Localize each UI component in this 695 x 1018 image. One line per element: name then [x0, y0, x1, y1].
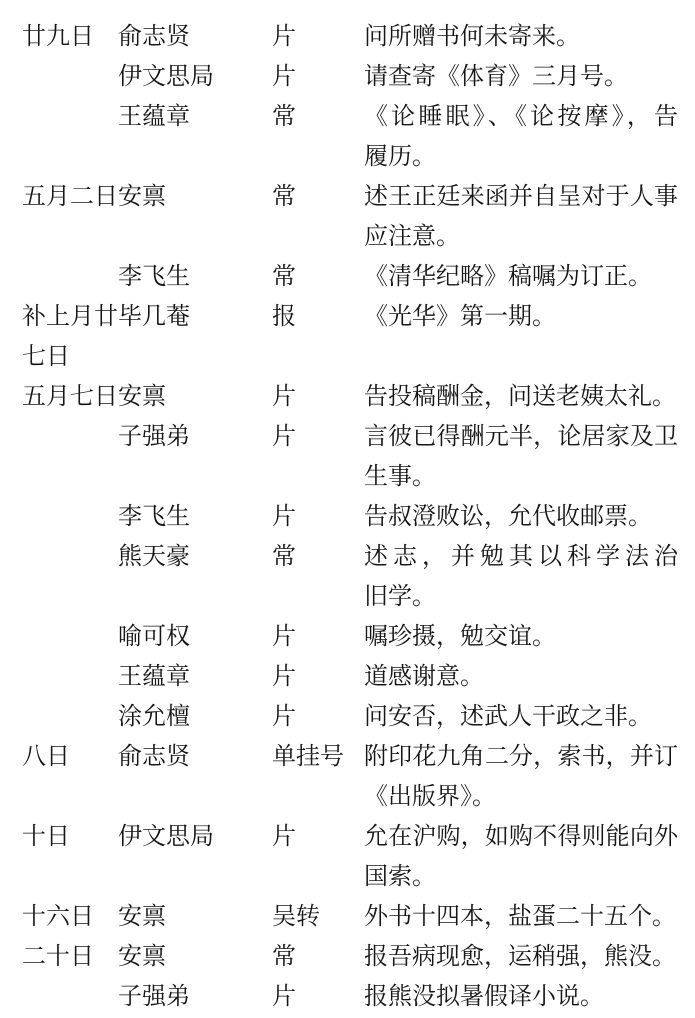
table-row: 涂允檀片问安否，述武人干政之非。 [0, 697, 678, 737]
recipient-cell: 子强弟 [118, 977, 272, 1017]
mail-type: 常 [272, 97, 364, 137]
table-row: 王蕴章片道感谢意。 [0, 657, 678, 697]
mail-type: 单挂号 [272, 737, 364, 777]
recipient-cell: 安禀 [118, 377, 272, 417]
table-row: 李飞生常《清华纪略》稿嘱为订正。 [0, 257, 678, 297]
mail-type-cell: 吴转 [272, 897, 364, 937]
recipient-cell: 涂允檀 [118, 697, 272, 737]
recipient-cell: 喻可权 [118, 617, 272, 657]
table-row: 熊天豪常述志，并勉其以科学法治旧学。 [0, 537, 678, 617]
mail-type-cell: 片 [272, 817, 364, 857]
table-row: 二十日安禀常报吾病现愈，运稍强，熊没。 [0, 937, 678, 977]
recipient-name: 俞志贤 [118, 737, 272, 777]
mail-type-cell: 片 [272, 977, 364, 1017]
table-row: 十日伊文思局片允在沪购，如购不得则能向外国索。 [0, 817, 678, 897]
description-line: 报吾病现愈，运稍强，熊没。 [364, 937, 678, 977]
mail-type: 片 [272, 817, 364, 857]
description-cell: 问所赠书何未寄来。 [364, 17, 678, 57]
description-cell: 《论睡眠》、《论按摩》，告履历。 [364, 97, 678, 177]
mail-type: 常 [272, 257, 364, 297]
mail-type-cell: 常 [272, 257, 364, 297]
description-line: 生事。 [364, 457, 678, 497]
date-cell: 补上月廿七日 [22, 297, 118, 377]
description-line: 旧学。 [364, 577, 678, 617]
table-row: 十六日安禀吴转外书十四本，盐蛋二十五个。 [0, 897, 678, 937]
recipient-cell: 安禀 [118, 177, 272, 217]
mail-type: 片 [272, 57, 364, 97]
table-row: 李飞生片告叔澄败讼，允代收邮票。 [0, 497, 678, 537]
date-line: 五月二日 [22, 177, 118, 217]
description-cell: 告叔澄败讼，允代收邮票。 [364, 497, 678, 537]
mail-type: 吴转 [272, 897, 364, 937]
description-line: 附印花九角二分，索书，并订 [364, 737, 678, 777]
description-line: 《出版界》。 [364, 777, 678, 817]
recipient-cell: 俞志贤 [118, 737, 272, 777]
recipient-cell: 毕几菴 [118, 297, 272, 337]
mail-type-cell: 片 [272, 617, 364, 657]
table-row: 八日俞志贤单挂号附印花九角二分，索书，并订《出版界》。 [0, 737, 678, 817]
recipient-name: 伊文思局 [118, 57, 272, 97]
table-row: 伊文思局片请查寄《体育》三月号。 [0, 57, 678, 97]
date-line: 七日 [22, 337, 118, 377]
mail-type: 片 [272, 657, 364, 697]
recipient-name: 安禀 [118, 377, 272, 417]
description-cell: 外书十四本，盐蛋二十五个。 [364, 897, 678, 937]
mail-type: 常 [272, 537, 364, 577]
recipient-cell: 子强弟 [118, 417, 272, 457]
date-cell: 二十日 [22, 937, 118, 977]
date-cell: 廿九日 [22, 17, 118, 57]
mail-type-cell: 片 [272, 17, 364, 57]
description-cell: 附印花九角二分，索书，并订《出版界》。 [364, 737, 678, 817]
description-cell: 《光华》第一期。 [364, 297, 678, 337]
recipient-cell: 伊文思局 [118, 817, 272, 857]
recipient-name: 熊天豪 [118, 537, 272, 577]
description-cell: 报熊没拟暑假译小说。 [364, 977, 678, 1017]
description-line: 告叔澄败讼，允代收邮票。 [364, 497, 678, 537]
mail-type-cell: 报 [272, 297, 364, 337]
description-cell: 述王正廷来函并自呈对于人事应注意。 [364, 177, 678, 257]
table-row: 子强弟片言彼已得酬元半，论居家及卫生事。 [0, 417, 678, 497]
date-cell: 十日 [22, 817, 118, 857]
mail-type: 片 [272, 497, 364, 537]
description-cell: 问安否，述武人干政之非。 [364, 697, 678, 737]
date-line: 二十日 [22, 937, 118, 977]
description-cell: 述志，并勉其以科学法治旧学。 [364, 537, 678, 617]
description-line: 《论睡眠》、《论按摩》，告 [364, 97, 678, 137]
table-row: 五月二日安禀常述王正廷来函并自呈对于人事应注意。 [0, 177, 678, 257]
description-cell: 报吾病现愈，运稍强，熊没。 [364, 937, 678, 977]
date-line: 廿九日 [22, 17, 118, 57]
recipient-cell: 王蕴章 [118, 97, 272, 137]
description-line: 告投稿酬金，问送老姨太礼。 [364, 377, 678, 417]
recipient-name: 安禀 [118, 177, 272, 217]
mail-type-cell: 片 [272, 377, 364, 417]
recipient-name: 伊文思局 [118, 817, 272, 857]
mail-type-cell: 常 [272, 537, 364, 577]
description-cell: 道感谢意。 [364, 657, 678, 697]
description-line: 问所赠书何未寄来。 [364, 17, 678, 57]
recipient-name: 子强弟 [118, 977, 272, 1017]
mail-type: 片 [272, 697, 364, 737]
description-cell: 请查寄《体育》三月号。 [364, 57, 678, 97]
recipient-name: 涂允檀 [118, 697, 272, 737]
date-line: 八日 [22, 737, 118, 777]
mail-type-cell: 片 [272, 417, 364, 457]
description-line: 《清华纪略》稿嘱为订正。 [364, 257, 678, 297]
table-row: 王蕴章常《论睡眠》、《论按摩》，告履历。 [0, 97, 678, 177]
date-line: 十六日 [22, 897, 118, 937]
mail-type: 常 [272, 177, 364, 217]
recipient-cell: 熊天豪 [118, 537, 272, 577]
date-line: 五月七日 [22, 377, 118, 417]
mail-type: 报 [272, 297, 364, 337]
recipient-name: 子强弟 [118, 417, 272, 457]
description-line: 请查寄《体育》三月号。 [364, 57, 678, 97]
description-line: 言彼已得酬元半，论居家及卫 [364, 417, 678, 457]
recipient-name: 喻可权 [118, 617, 272, 657]
mail-type-cell: 片 [272, 57, 364, 97]
date-cell: 五月二日 [22, 177, 118, 217]
description-line: 履历。 [364, 137, 678, 177]
description-line: 《光华》第一期。 [364, 297, 678, 337]
mail-type-cell: 常 [272, 97, 364, 137]
table-row: 廿九日俞志贤片问所赠书何未寄来。 [0, 17, 678, 57]
date-line: 补上月廿 [22, 297, 118, 337]
date-cell: 五月七日 [22, 377, 118, 417]
recipient-name: 李飞生 [118, 497, 272, 537]
recipient-name: 王蕴章 [118, 657, 272, 697]
mail-type-cell: 单挂号 [272, 737, 364, 777]
recipient-name: 俞志贤 [118, 17, 272, 57]
mail-type-cell: 片 [272, 497, 364, 537]
description-line: 应注意。 [364, 217, 678, 257]
recipient-cell: 伊文思局 [118, 57, 272, 97]
description-line: 外书十四本，盐蛋二十五个。 [364, 897, 678, 937]
description-line: 述志，并勉其以科学法治 [364, 537, 678, 577]
table-row: 子强弟片报熊没拟暑假译小说。 [0, 977, 678, 1017]
description-cell: 嘱珍摄，勉交谊。 [364, 617, 678, 657]
mail-type: 片 [272, 617, 364, 657]
table-row: 喻可权片嘱珍摄，勉交谊。 [0, 617, 678, 657]
description-line: 问安否，述武人干政之非。 [364, 697, 678, 737]
date-line: 十日 [22, 817, 118, 857]
recipient-cell: 安禀 [118, 897, 272, 937]
description-line: 嘱珍摄，勉交谊。 [364, 617, 678, 657]
description-cell: 告投稿酬金，问送老姨太礼。 [364, 377, 678, 417]
description-line: 述王正廷来函并自呈对于人事 [364, 177, 678, 217]
table-row: 补上月廿七日毕几菴报《光华》第一期。 [0, 297, 678, 377]
recipient-name: 李飞生 [118, 257, 272, 297]
recipient-name: 安禀 [118, 937, 272, 977]
description-cell: 《清华纪略》稿嘱为订正。 [364, 257, 678, 297]
date-cell: 十六日 [22, 897, 118, 937]
recipient-cell: 俞志贤 [118, 17, 272, 57]
mail-type: 片 [272, 977, 364, 1017]
recipient-name: 王蕴章 [118, 97, 272, 137]
recipient-name: 毕几菴 [118, 297, 272, 337]
description-line: 允在沪购，如购不得则能向外 [364, 817, 678, 857]
description-line: 国索。 [364, 857, 678, 897]
mail-type-cell: 片 [272, 697, 364, 737]
mail-type-cell: 常 [272, 937, 364, 977]
mail-type-cell: 常 [272, 177, 364, 217]
mail-type: 片 [272, 417, 364, 457]
diary-page: 廿九日俞志贤片问所赠书何未寄来。伊文思局片请查寄《体育》三月号。王蕴章常《论睡眠… [0, 0, 695, 1018]
recipient-cell: 安禀 [118, 937, 272, 977]
description-line: 报熊没拟暑假译小说。 [364, 977, 678, 1017]
recipient-cell: 李飞生 [118, 257, 272, 297]
mail-type: 片 [272, 17, 364, 57]
recipient-name: 安禀 [118, 897, 272, 937]
recipient-cell: 王蕴章 [118, 657, 272, 697]
mail-type: 片 [272, 377, 364, 417]
table-row: 五月七日安禀片告投稿酬金，问送老姨太礼。 [0, 377, 678, 417]
recipient-cell: 李飞生 [118, 497, 272, 537]
description-cell: 允在沪购，如购不得则能向外国索。 [364, 817, 678, 897]
description-cell: 言彼已得酬元半，论居家及卫生事。 [364, 417, 678, 497]
mail-type-cell: 片 [272, 657, 364, 697]
correspondence-table: 廿九日俞志贤片问所赠书何未寄来。伊文思局片请查寄《体育》三月号。王蕴章常《论睡眠… [0, 17, 678, 1017]
mail-type: 常 [272, 937, 364, 977]
description-line: 道感谢意。 [364, 657, 678, 697]
date-cell: 八日 [22, 737, 118, 777]
